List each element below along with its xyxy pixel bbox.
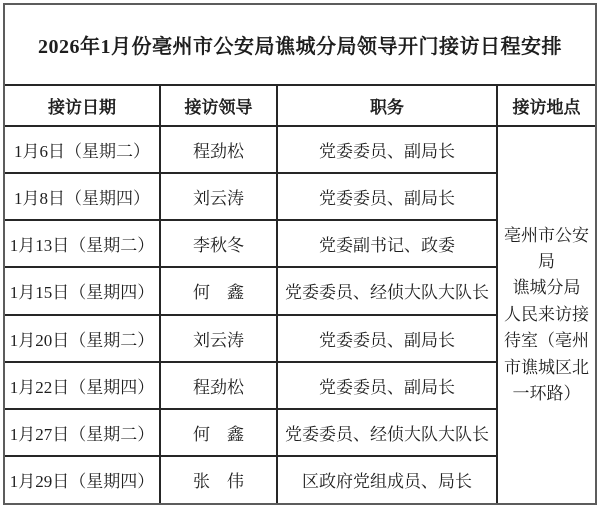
leader-cell: 程劲松: [160, 362, 277, 409]
position-cell: 区政府党组成员、局长: [277, 456, 497, 503]
date-cell: 1月22日（星期四）: [5, 362, 160, 409]
position-cell: 党委委员、副局长: [277, 126, 497, 173]
date-cell: 1月8日（星期四）: [5, 173, 160, 220]
date-cell: 1月20日（星期二）: [5, 315, 160, 362]
date-cell: 1月6日（星期二）: [5, 126, 160, 173]
header-leader: 接访领导: [160, 86, 277, 126]
leader-cell: 刘云涛: [160, 173, 277, 220]
header-date: 接访日期: [5, 86, 160, 126]
position-cell: 党委委员、经侦大队大队长: [277, 267, 497, 314]
table-row: 1月6日（星期二） 程劲松 党委委员、副局长 亳州市公安局 谯城分局 人民来访接…: [5, 126, 595, 173]
leader-cell: 程劲松: [160, 126, 277, 173]
location-cell: 亳州市公安局 谯城分局 人民来访接待室（亳州市谯城区北一环路）: [497, 126, 595, 503]
position-cell: 党委副书记、政委: [277, 220, 497, 267]
date-cell: 1月27日（星期二）: [5, 409, 160, 456]
schedule-table: 接访日期 接访领导 职务 接访地点 1月6日（星期二） 程劲松 党委委员、副局长…: [5, 86, 595, 503]
schedule-frame: 2026年1月份亳州市公安局谯城分局领导开门接访日程安排 接访日期 接访领导 职…: [3, 3, 597, 505]
leader-cell: 李秋冬: [160, 220, 277, 267]
header-location: 接访地点: [497, 86, 595, 126]
leader-cell: 何 鑫: [160, 409, 277, 456]
leader-cell: 张 伟: [160, 456, 277, 503]
page-title: 2026年1月份亳州市公安局谯城分局领导开门接访日程安排: [5, 5, 595, 86]
position-cell: 党委委员、副局长: [277, 173, 497, 220]
position-cell: 党委委员、副局长: [277, 362, 497, 409]
leader-cell: 何 鑫: [160, 267, 277, 314]
date-cell: 1月13日（星期二）: [5, 220, 160, 267]
date-cell: 1月29日（星期四）: [5, 456, 160, 503]
date-cell: 1月15日（星期四）: [5, 267, 160, 314]
position-cell: 党委委员、经侦大队大队长: [277, 409, 497, 456]
header-position: 职务: [277, 86, 497, 126]
leader-cell: 刘云涛: [160, 315, 277, 362]
position-cell: 党委委员、副局长: [277, 315, 497, 362]
header-row: 接访日期 接访领导 职务 接访地点: [5, 86, 595, 126]
